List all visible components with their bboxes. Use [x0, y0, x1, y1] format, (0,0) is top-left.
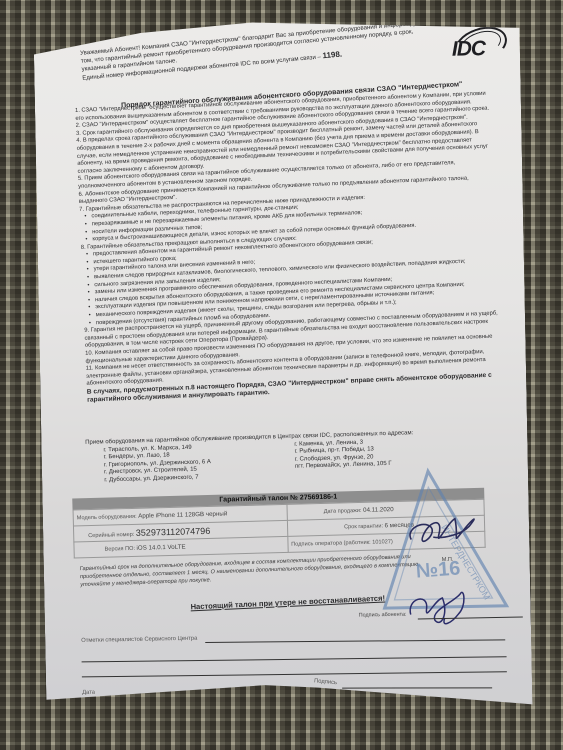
- subscriber-sign-label: Подпись абонента:: [359, 612, 407, 619]
- subscriber-sign-line: [418, 616, 523, 619]
- software-label: Версия ПО:: [105, 546, 136, 553]
- software-value: iOS 14.0.1 VoLTE: [136, 544, 185, 552]
- subscriber-signature-icon: [404, 583, 477, 632]
- model-value: Apple iPhone 11 128GB черный: [138, 510, 227, 519]
- model-label: Модель оборудования:: [77, 514, 137, 522]
- signature-line: [342, 687, 492, 688]
- warranty-term-value: 6 месяцев: [384, 522, 414, 530]
- stamp-number: №16: [415, 557, 461, 583]
- support-number: 1198.: [322, 50, 342, 61]
- sale-date-label: Дата продажи:: [324, 508, 362, 515]
- accessory-warranty-note: Гарантийный срок на дополнительное обору…: [80, 552, 451, 590]
- service-addresses: Прием оборудования на гарантийное обслуж…: [85, 428, 486, 485]
- service-marks-label: Отметки специалистов Сервисного Центра: [81, 636, 197, 644]
- serial-value: 352973112074796: [136, 525, 211, 537]
- warranty-coupon: Гарантийный талон № 27569186-1 Модель об…: [72, 488, 485, 559]
- service-marks-line-2: [82, 656, 507, 662]
- serial-label: Серийный номер:: [88, 531, 134, 538]
- intro-paragraph: Уважаемый Абонент! Компания СЗАО "Интерд…: [80, 18, 437, 82]
- warranty-term-label: Срок гарантии:: [344, 523, 383, 530]
- addresses-left: г. Тирасполь, ул. К. Маркса, 149г. Бенде…: [85, 441, 295, 485]
- lost-coupon-notice: Настоящий талон при утере не восстанавли…: [190, 594, 385, 612]
- service-marks-line-1: [205, 639, 505, 643]
- service-marks-line-3: [82, 671, 507, 677]
- logo-text: IDC: [452, 37, 486, 62]
- sale-date-value: 04.11.2020: [363, 506, 394, 514]
- date-label: Дата: [82, 690, 95, 696]
- signature-label: Подпись: [314, 678, 337, 686]
- warranty-rules: 1. СЗАО "Интерднестрком" осуществляет га…: [75, 90, 505, 405]
- warranty-document: Уважаемый Абонент! Компания СЗАО "Интерд…: [33, 17, 532, 720]
- idc-logo: IDC: [447, 28, 504, 63]
- addresses-right: г. Каменка, ул. Ленина, 3г. Рыбница, пр-…: [294, 436, 486, 480]
- operator-sign-label: Подпись оператора (работник: 101027): [291, 539, 393, 548]
- date-line: [100, 695, 220, 698]
